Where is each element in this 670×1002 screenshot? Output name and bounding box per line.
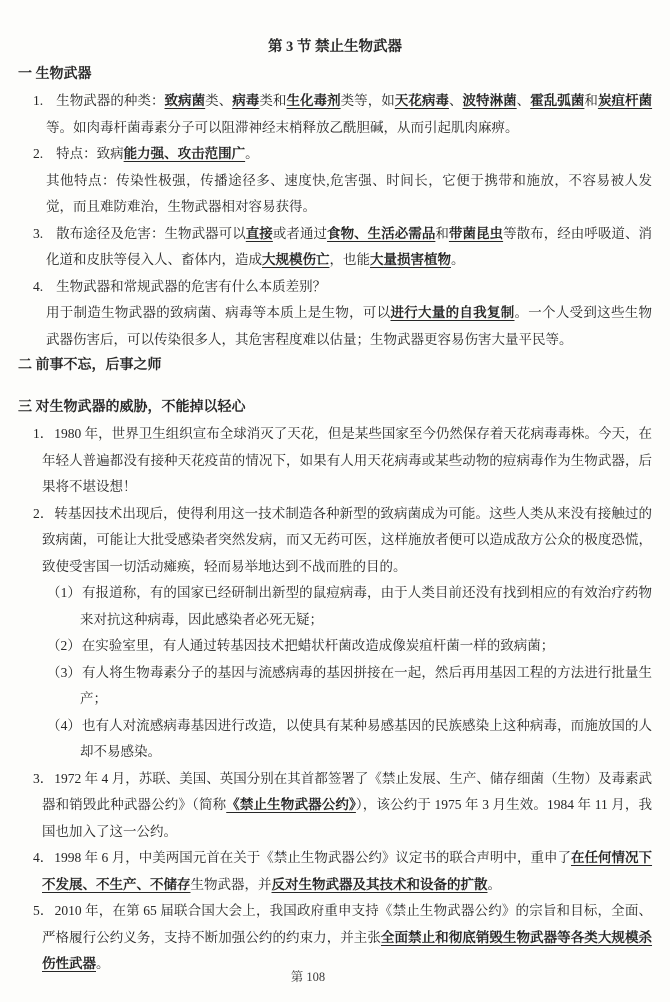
text-run: 。 [245,146,259,161]
paragraph: 2．转基因技术出现后，使得利用这一技术制造各种新型的致病菌成为可能。这些人类从来… [42,501,652,581]
item-number: 3. [33,226,43,241]
item-number: 4． [33,850,53,865]
section-heading: 一 生物武器 [18,62,652,89]
paragraph: 4．1998 年 6 月，中美两国元首在关于《禁止生物武器公约》议定书的联合声明… [42,845,652,898]
emphasized-text: 《禁止生物武器公约》 [226,797,356,812]
emphasized-text: 食物、生活必需品 [327,226,435,241]
text-run: 特点：致病 [56,146,124,161]
text-run: 和 [435,226,449,241]
text-run: 生物武器，并 [191,877,272,892]
item-number: （4） [47,718,81,733]
text-run: 。 [488,877,502,892]
emphasized-text: 能力强、攻击范围广 [124,146,246,161]
text-run: 有人将生物毒素分子的基因与流感病毒的基因拼接在一起，然后再用基因工程的方法进行批… [80,665,652,707]
document-body: 一 生物武器1.生物武器的种类：致病菌类、病毒类和生化毒剂类等，如天花病毒、波特… [0,62,670,978]
section-heading: 二 前事不忘，后事之师 [18,353,652,380]
emphasized-text: 病毒 [232,93,259,108]
emphasized-text: 反对生物武器及其技术和设备的扩散 [272,877,488,892]
emphasized-text: 生化毒剂 [286,93,340,108]
emphasized-text: 大规模伤亡 [262,252,330,267]
emphasized-text: 带菌昆虫 [449,226,503,241]
item-number: 3． [33,771,53,786]
paragraph: 用于制造生物武器的致病菌、病毒等本质上是生物，可以进行大量的自我复制。一个人受到… [46,300,652,353]
page: 第 3 节 禁止生物武器 一 生物武器1.生物武器的种类：致病菌类、病毒类和生化… [0,0,670,1002]
text-run: 等。如肉毒杆菌毒素分子可以阻滞神经末梢释放乙酰胆碱，从而引起肌肉麻痹。 [46,120,519,135]
paragraph: 4.生物武器和常规武器的危害有什么本质差别？ [46,274,652,301]
text-run: 、 [449,93,463,108]
text-run: 1998 年 6 月，中美两国元首在关于《禁止生物武器公约》议定书的联合声明中，… [54,850,571,865]
emphasized-text: 波特淋菌 [463,93,517,108]
text-run: 类等，如 [341,93,395,108]
paragraph: 1.生物武器的种类：致病菌类、病毒类和生化毒剂类等，如天花病毒、波特淋菌、霍乱弧… [46,88,652,141]
paragraph: （2）在实验室里，有人通过转基因技术把蜡状杆菌改造成像炭疽杆菌一样的致病菌； [80,633,652,660]
paragraph: 其他特点：传染性极强，传播途径多、速度快,危害强、时间长，它便于携带和施放，不容… [46,168,652,221]
item-number: 2． [33,506,53,521]
paragraph: （4）也有人对流感病毒基因进行改造，以使具有某种易感基因的民族感染上这种病毒，而… [80,713,652,766]
emphasized-text: 炭疽杆菌 [598,93,652,108]
item-number: （2） [47,638,81,653]
text-run: 生物武器的种类： [56,93,164,108]
item-number: （1） [47,585,81,600]
emphasized-text: 直接 [246,226,273,241]
item-number: 4. [33,279,43,294]
page-number: 第 108 [0,964,616,991]
paragraph: （3）有人将生物毒素分子的基因与流感病毒的基因拼接在一起，然后再用基因工程的方法… [80,660,652,713]
paragraph: 1．1980 年，世界卫生组织宣布全球消灭了天花，但是某些国家至今仍然保存着天花… [42,421,652,501]
text-run: 。 [451,252,465,267]
emphasized-text: 霍乱弧菌 [530,93,584,108]
item-number: 2. [33,146,43,161]
text-run: 和 [584,93,598,108]
paragraph: （1）有报道称，有的国家已经研制出新型的鼠痘病毒，由于人类目前还没有找到相应的有… [80,580,652,633]
text-run: 1980 年，世界卫生组织宣布全球消灭了天花，但是某些国家至今仍然保存着天花病毒… [42,426,652,494]
item-number: （3） [47,665,81,680]
text-run: 、 [517,93,531,108]
text-run: 用于制造生物武器的致病菌、病毒等本质上是生物，可以 [46,305,390,320]
section: 三 对生物武器的威胁，不能掉以轻心1．1980 年，世界卫生组织宣布全球消灭了天… [18,395,652,978]
emphasized-text: 大量损害植物 [370,252,451,267]
page-title: 第 3 节 禁止生物武器 [0,34,670,61]
paragraph: 3．1972 年 4 月，苏联、美国、英国分别在其首都签署了《禁止发展、生产、储… [42,766,652,846]
section: 二 前事不忘，后事之师 [18,353,652,380]
text-run: 也有人对流感病毒基因进行改造，以使具有某种易感基因的民族感染上这种病毒，而施放国… [80,718,652,760]
text-run: 类和 [259,93,286,108]
emphasized-text: 进行大量的自我复制 [390,305,514,320]
text-run: 有报道称，有的国家已经研制出新型的鼠痘病毒，由于人类目前还没有找到相应的有效治疗… [80,585,652,627]
text-run: 生物武器和常规武器的危害有什么本质差别？ [56,279,326,294]
text-run: 转基因技术出现后，使得利用这一技术制造各种新型的致病菌成为可能。这些人类从来没有… [42,506,652,574]
text-run: 类、 [205,93,232,108]
emphasized-text: 天花病毒 [395,93,449,108]
text-run: ，也能 [330,252,371,267]
item-number: 5． [33,903,54,918]
text-run: 或者通过 [273,226,327,241]
item-number: 1. [33,93,43,108]
item-number: 1． [33,426,53,441]
section-heading: 三 对生物武器的威胁，不能掉以轻心 [18,395,652,422]
paragraph: 3.散布途径及危害：生物武器可以直接或者通过食物、生活必需品和带菌昆虫等散布，经… [46,221,652,274]
text-run: 其他特点：传染性极强，传播途径多、速度快,危害强、时间长，它便于携带和施放，不容… [46,173,652,215]
paragraph: 2.特点：致病能力强、攻击范围广。 [46,141,652,168]
emphasized-text: 致病菌 [165,93,206,108]
section: 一 生物武器1.生物武器的种类：致病菌类、病毒类和生化毒剂类等，如天花病毒、波特… [18,62,652,354]
text-run: 散布途径及危害：生物武器可以 [56,226,246,241]
text-run: 在实验室里，有人通过转基因技术把蜡状杆菌改造成像炭疽杆菌一样的致病菌； [82,638,555,653]
